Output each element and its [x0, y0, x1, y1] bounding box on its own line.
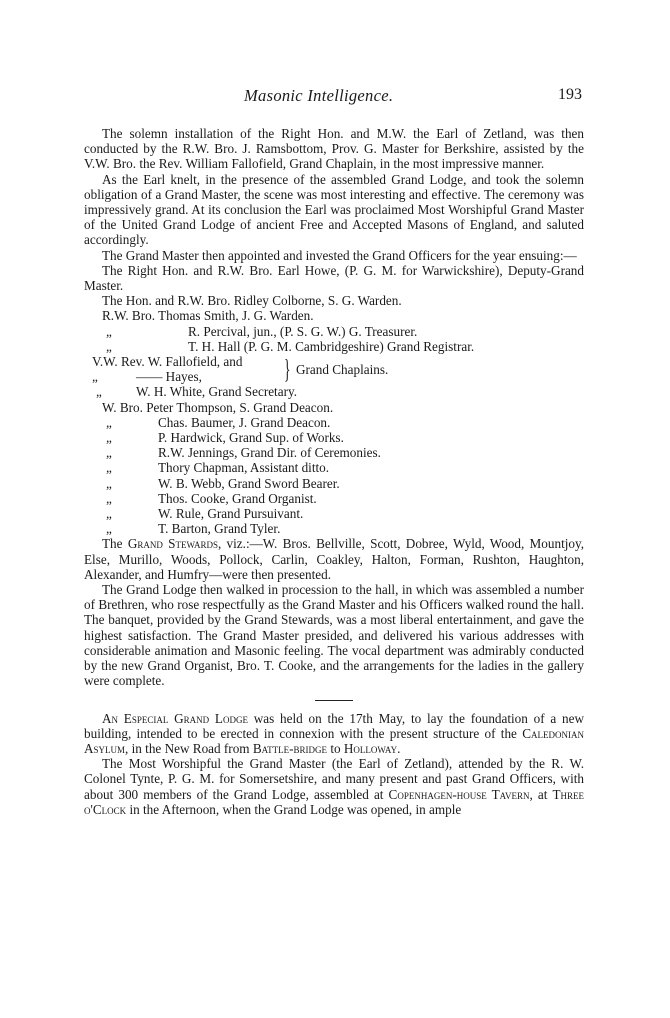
officer-list-item: „R.W. Jennings, Grand Dir. of Ceremonies…	[84, 445, 584, 460]
ditto-mark: „	[84, 339, 158, 354]
page-header: Masonic Intelligence. 193	[84, 86, 584, 106]
paragraph-installation: The solemn installation of the Right Hon…	[84, 126, 584, 172]
officer-list-item: „Chas. Baumer, J. Grand Deacon.	[84, 415, 584, 430]
brace-icon: }	[284, 356, 290, 383]
paragraph-appointments: The Grand Master then appointed and inve…	[84, 248, 584, 263]
officer-list-item: „Thos. Cooke, Grand Organist.	[84, 491, 584, 506]
officer-senior-deacon: W. Bro. Peter Thompson, S. Grand Deacon.	[84, 400, 584, 415]
officer-list-item: „P. Hardwick, Grand Sup. of Works.	[84, 430, 584, 445]
paragraph-obligation: As the Earl knelt, in the presence of th…	[84, 172, 584, 248]
officer-list-item: „T. Barton, Grand Tyler.	[84, 521, 584, 536]
officer-treasurer: „R. Percival, jun., (P. S. G. W.) G. Tre…	[84, 324, 584, 339]
paragraph-procession: The Most Worshipful the Grand Master (th…	[84, 756, 584, 817]
officer-registrar: „T. H. Hall (P. G. M. Cambridgeshire) Gr…	[84, 339, 584, 354]
officer-chaplains: V.W. Rev. W. Fallofield, and „—— Hayes, …	[84, 354, 584, 384]
officer-list-item: „W. Rule, Grand Pursuivant.	[84, 506, 584, 521]
paragraph-especial-grand-lodge: An Especial Grand Lodge was held on the …	[84, 711, 584, 757]
officer-list-item: „W. B. Webb, Grand Sword Bearer.	[84, 476, 584, 491]
paragraph-grand-stewards: The Grand Stewards, viz.:—W. Bros. Bellv…	[84, 536, 584, 582]
ditto-mark: „	[84, 384, 136, 399]
running-head: Masonic Intelligence.	[244, 86, 393, 106]
officer-junior-warden: R.W. Bro. Thomas Smith, J. G. Warden.	[84, 308, 584, 323]
page-number: 193	[558, 86, 582, 104]
chaplain-2: „—— Hayes,	[92, 369, 202, 384]
officer-secretary: „W. H. White, Grand Secretary.	[84, 384, 584, 399]
paragraph-deputy-grand-master: The Right Hon. and R.W. Bro. Earl Howe, …	[84, 263, 584, 293]
chaplains-label: Grand Chaplains.	[296, 362, 388, 377]
ditto-mark: „	[84, 324, 158, 339]
section-divider	[315, 700, 353, 701]
paragraph-banquet: The Grand Lodge then walked in processio…	[84, 582, 584, 688]
chaplain-1: V.W. Rev. W. Fallofield, and	[92, 354, 242, 369]
article-body: The solemn installation of the Right Hon…	[84, 126, 584, 817]
officer-senior-warden: The Hon. and R.W. Bro. Ridley Colborne, …	[84, 293, 584, 308]
officer-list-item: „Thory Chapman, Assistant ditto.	[84, 460, 584, 475]
